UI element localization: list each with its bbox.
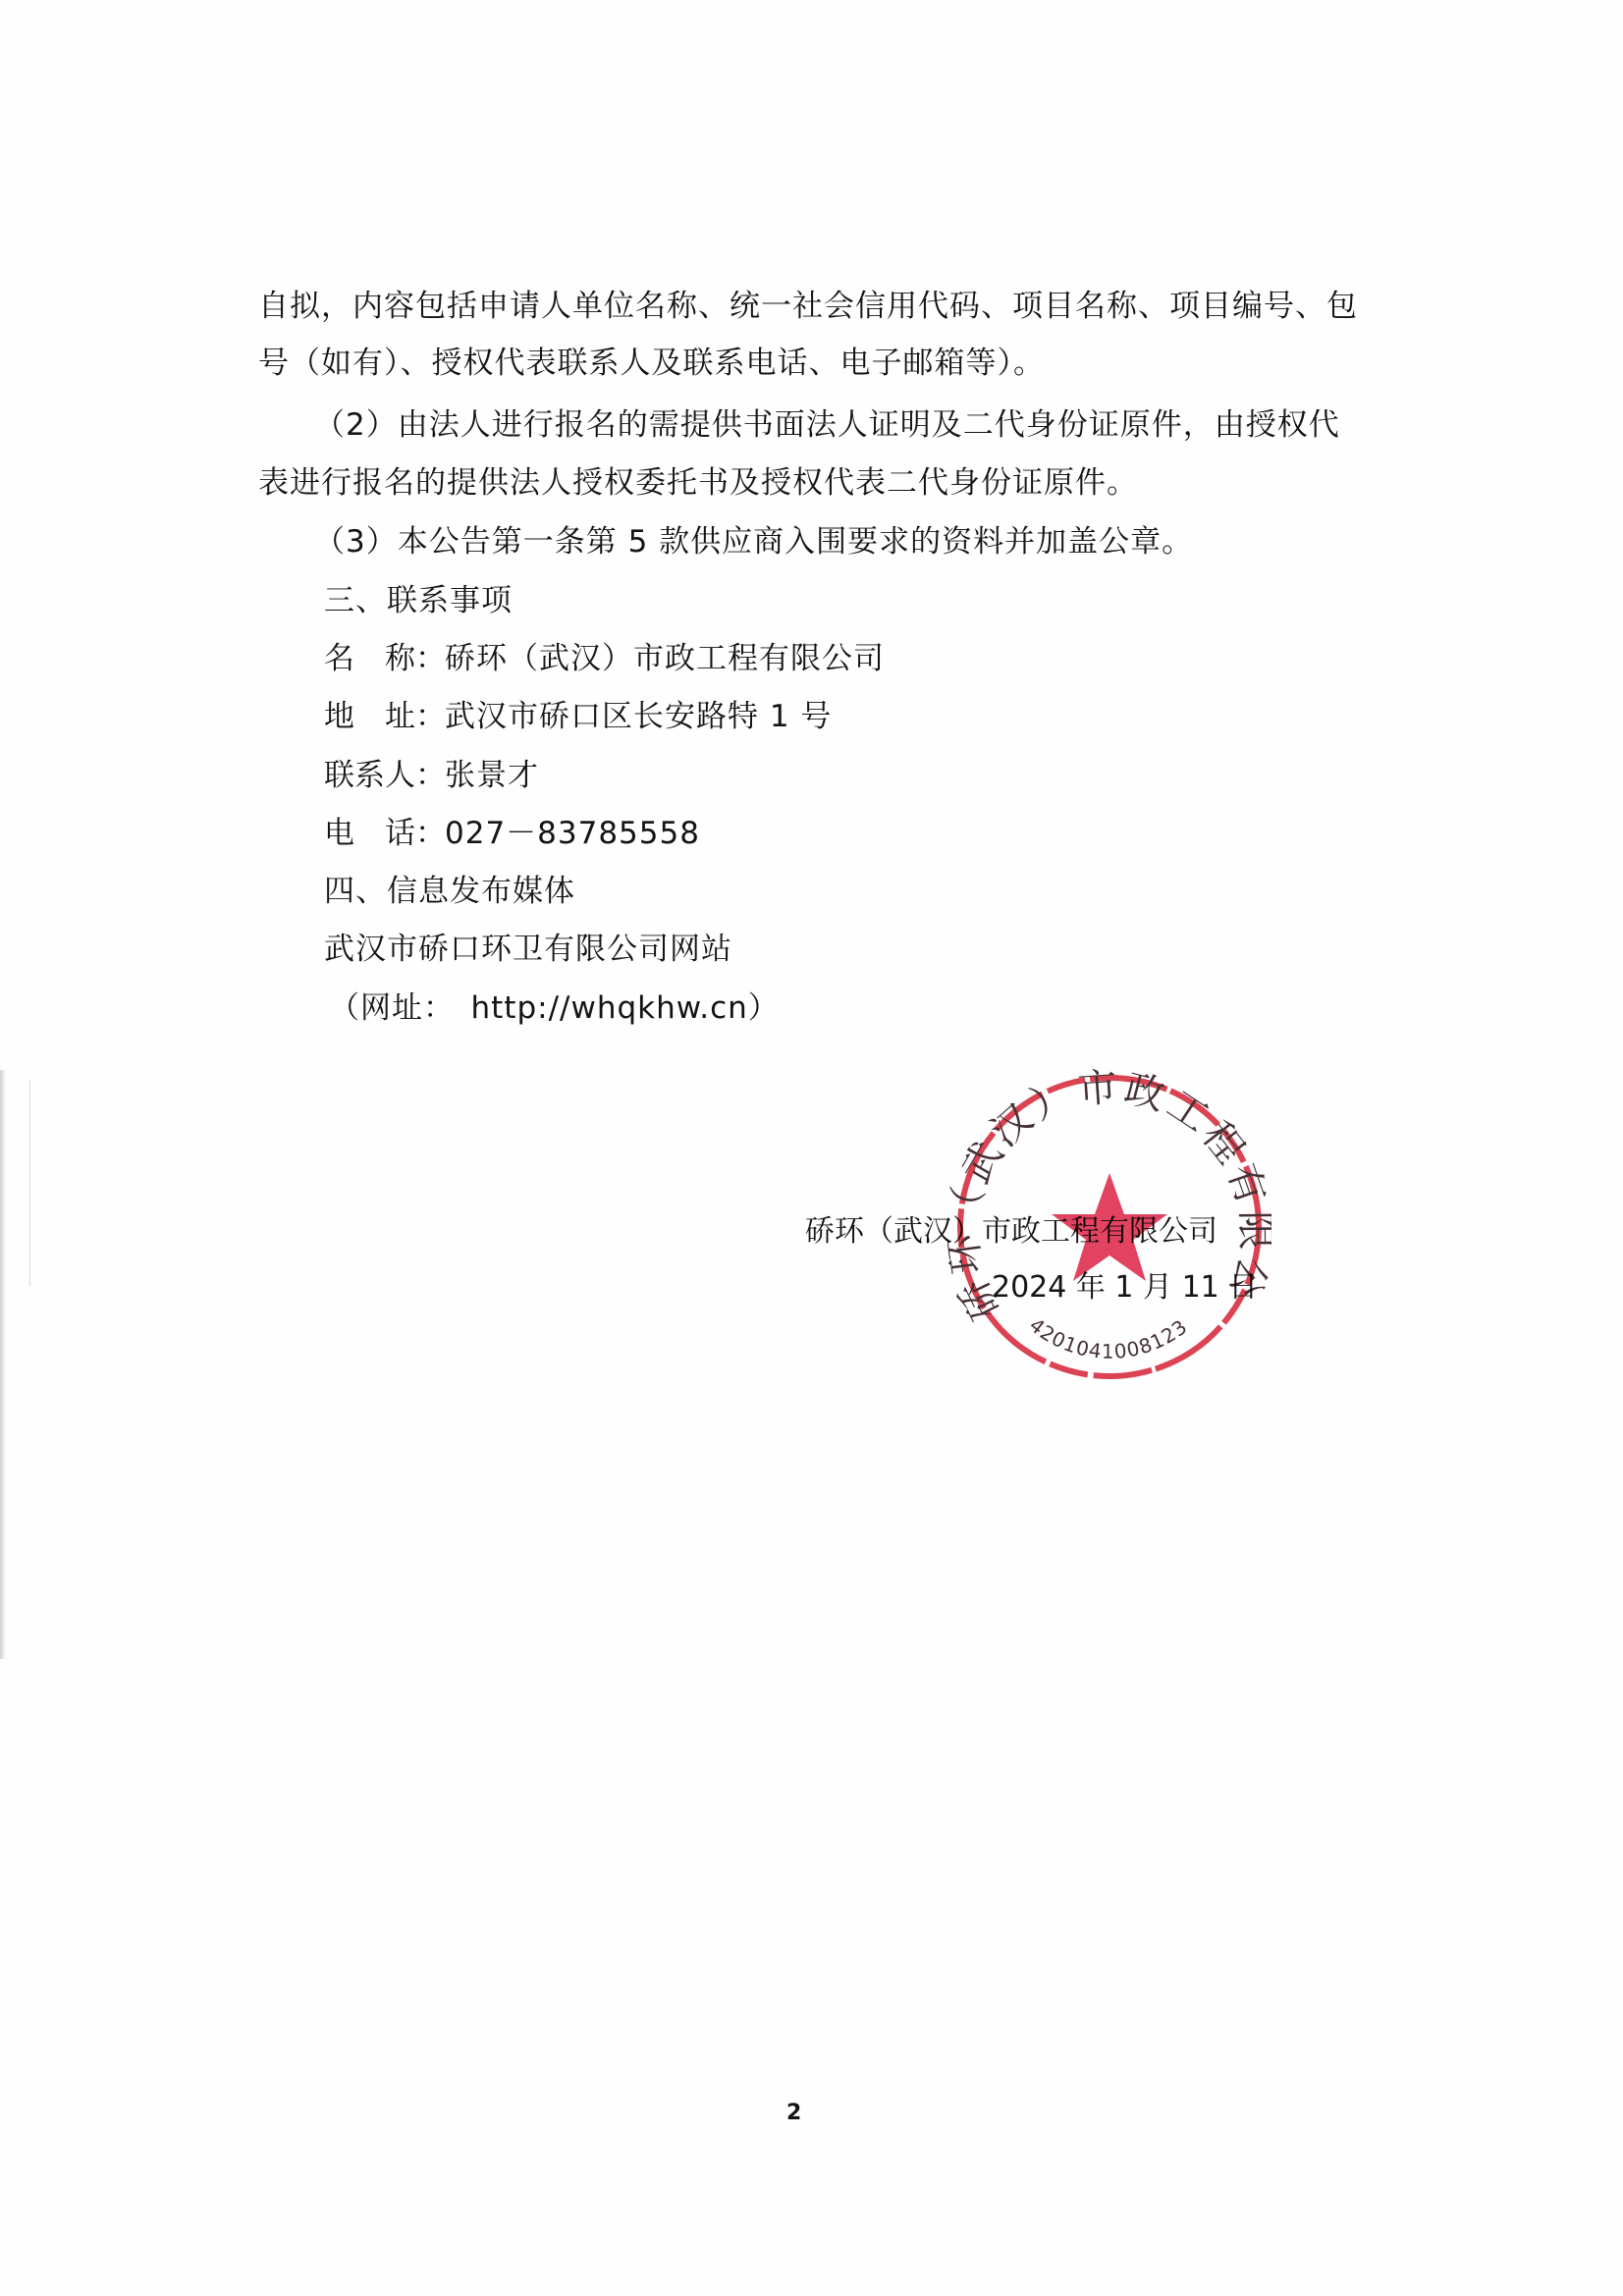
- media-name: 武汉市硚口环卫有限公司网站: [324, 930, 732, 969]
- page-number: 2: [786, 2101, 801, 2125]
- paragraph-line-2: 号（如有）、授权代表联系人及联系电话、电子邮箱等）。: [258, 344, 1045, 383]
- paragraph-line-3: （2）由法人进行报名的需提供书面法人证明及二代身份证原件，由授权代: [314, 405, 1340, 445]
- contact-person-row: 联系人：张景才: [324, 756, 539, 795]
- contact-name-value: 硚环（武汉）市政工程有限公司: [445, 641, 885, 676]
- contact-address-label: 地 址：: [324, 697, 445, 736]
- contact-person-value: 张景才: [445, 758, 539, 793]
- contact-phone-label: 电 话：: [324, 814, 445, 853]
- contact-name-label: 名 称：: [324, 639, 445, 678]
- section-4-heading: 四、信息发布媒体: [324, 872, 575, 911]
- contact-address-row: 地 址：武汉市硚口区长安路特 1 号: [324, 697, 832, 736]
- scan-edge-line: [29, 1080, 30, 1286]
- paragraph-line-4: 表进行报名的提供法人授权委托书及授权代表二代身份证原件。: [258, 463, 1138, 503]
- section-3-heading: 三、联系事项: [324, 581, 513, 620]
- paragraph-line-5: （3）本公告第一条第 5 款供应商入围要求的资料并加盖公章。: [314, 522, 1193, 561]
- contact-person-label: 联系人：: [324, 756, 445, 795]
- official-seal-icon: 硚环（武汉）市政工程有限公司 4201041008123: [947, 1065, 1271, 1389]
- stamp-code: 4201041008123: [1025, 1313, 1192, 1363]
- contact-phone-row: 电 话：027－83785558: [324, 814, 700, 853]
- media-url: （网址： http://whqkhw.cn）: [329, 988, 780, 1028]
- contact-address-value: 武汉市硚口区长安路特 1 号: [445, 699, 832, 734]
- svg-text:4201041008123: 4201041008123: [1025, 1313, 1192, 1363]
- contact-phone-value: 027－83785558: [445, 816, 700, 851]
- contact-name-row: 名 称：硚环（武汉）市政工程有限公司: [324, 639, 885, 678]
- document-page: 自拟，内容包括申请人单位名称、统一社会信用代码、项目名称、项目编号、包 号（如有…: [0, 0, 1623, 2296]
- paragraph-line-1: 自拟，内容包括申请人单位名称、统一社会信用代码、项目名称、项目编号、包: [258, 287, 1358, 326]
- scan-edge-shadow: [0, 1070, 6, 1659]
